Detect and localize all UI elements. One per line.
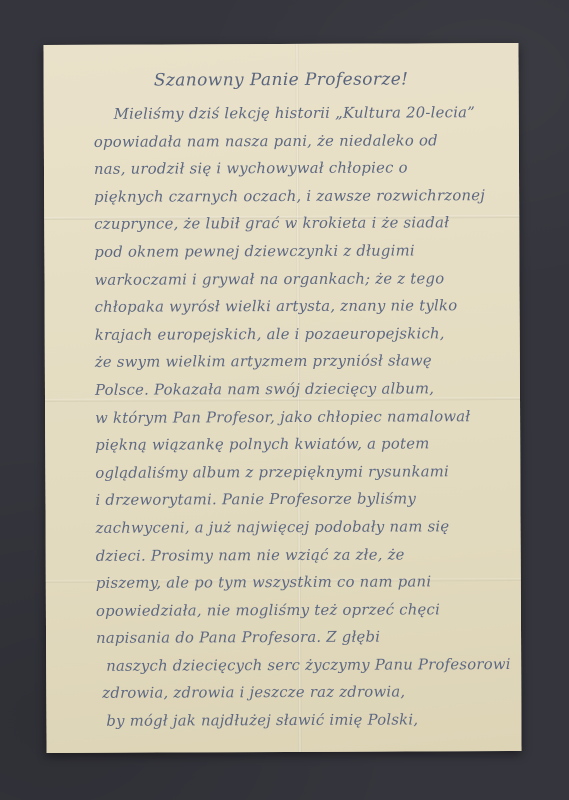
letter-body: Mieliśmy dziś lekcję historii „Kultura 2… [44,99,522,736]
letter-line: naszych dziecięcych serc życzymy Panu Pr… [46,651,521,681]
letter-line: pięknych czarnych oczach, i zawsze rozwi… [44,182,519,212]
letter-line: opowiadała nam nasza pani, że niedaleko … [44,127,519,157]
letter-line: piękną wiązankę polnych kwiatów, a potem [45,430,520,460]
letter-line: chłopaka wyrósł wielki artysta, znany ni… [45,292,520,322]
letter-page: Szanowny Panie Profesorze! Mieliśmy dziś… [43,43,521,753]
letter-line: że swym wielkim artyzmem przyniósł sławę [45,347,520,377]
letter-line: czuprynce, że lubił grać w krokieta i że… [44,209,519,239]
letter-line: zachwyceni, a już najwięcej podobały nam… [46,513,521,543]
letter-line: warkoczami i grywał na organkach; że z t… [44,265,519,295]
letter-line: i drzeworytami. Panie Profesorze byliśmy [45,485,520,515]
letter-line: Mieliśmy dziś lekcję historii „Kultura 2… [44,99,519,129]
letter-line: by mógł jak najdłużej sławić imię Polski… [46,706,521,736]
letter-line: piszemy, ale po tym wszystkim co nam pan… [46,568,521,598]
photo-background: Szanowny Panie Profesorze! Mieliśmy dziś… [0,0,569,800]
letter-line: Polsce. Pokazała nam swój dziecięcy albu… [45,375,520,405]
letter-line: zdrowia, zdrowia i jeszcze raz zdrowia, [46,678,521,708]
letter-line: napisania do Pana Profesora. Z głębi [46,623,521,653]
letter-salutation: Szanowny Panie Profesorze! [44,69,519,91]
letter-line: w którym Pan Profesor, jako chłopiec nam… [45,402,520,432]
letter-line: oglądaliśmy album z przepięknymi rysunka… [45,458,520,488]
letter-line: nas, urodził się i wychowywał chłopiec o [44,154,519,184]
letter-line: dzieci. Prosimy nam nie wziąć za złe, że [46,540,521,570]
letter-line: pod oknem pewnej dziewczynki z długimi [44,237,519,267]
letter-line: opowiedziała, nie mogliśmy też oprzeć ch… [46,596,521,626]
letter-line: krajach europejskich, ale i pozaeuropejs… [45,320,520,350]
